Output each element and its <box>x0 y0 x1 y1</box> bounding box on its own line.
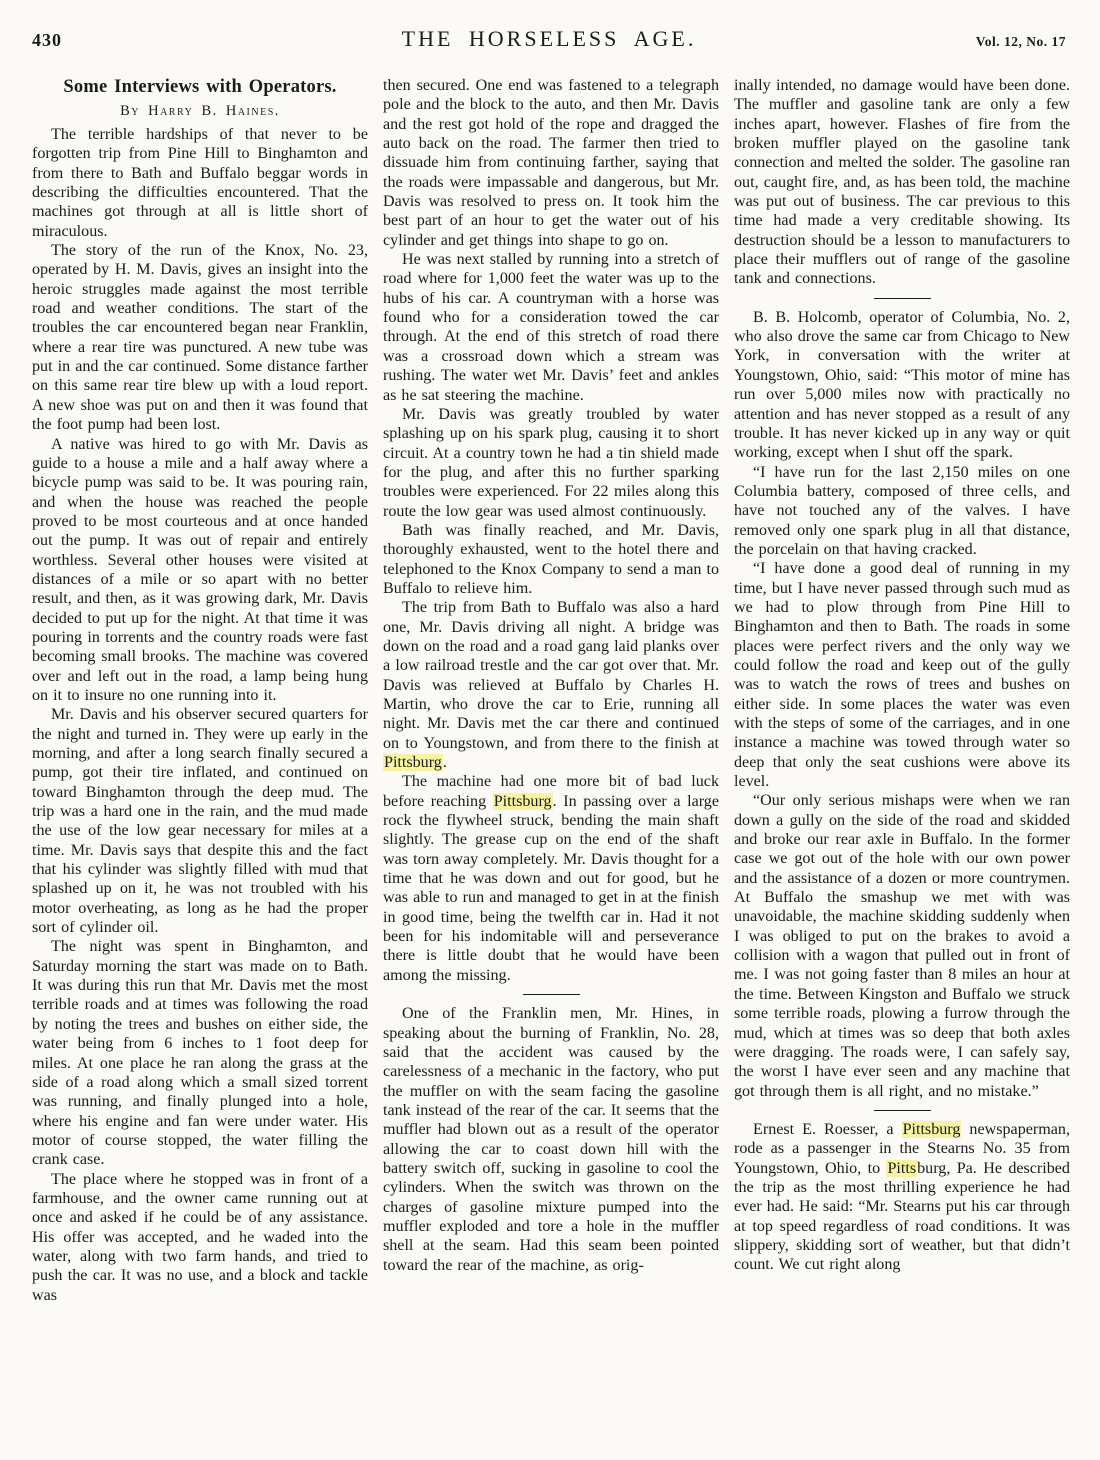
paragraph: The terrible hardships of that never to … <box>32 125 368 241</box>
scanned-magazine-page: 430 THE HORSELESS AGE. Vol. 12, No. 17 S… <box>0 0 1100 1460</box>
search-highlight: Pittsburg <box>383 754 443 771</box>
paragraph: “I have done a good deal of running in m… <box>734 559 1070 791</box>
paragraph: “I have run for the last 2,150 miles on … <box>734 463 1070 560</box>
paragraph: The trip from Bath to Buffalo was also a… <box>383 598 719 772</box>
text-column-3: inally intended, no damage would have be… <box>734 76 1070 1460</box>
masthead: 430 THE HORSELESS AGE. Vol. 12, No. 17 <box>0 0 1100 52</box>
paragraph: then secured. One end was fastened to a … <box>383 76 719 250</box>
paragraph: B. B. Holcomb, operator of Columbia, No.… <box>734 308 1070 463</box>
paragraph: He was next stalled by running into a st… <box>383 250 719 405</box>
columns: Some Interviews with Operators.By Harry … <box>0 52 1100 1460</box>
article-byline: By Harry B. Haines. <box>32 102 368 121</box>
paragraph: The machine had one more bit of bad luck… <box>383 772 719 985</box>
paragraph: One of the Franklin men, Mr. Hines, in s… <box>383 1004 719 1275</box>
issue-label: Vol. 12, No. 17 <box>936 34 1066 50</box>
paragraph: Bath was finally reached, and Mr. Davis,… <box>383 521 719 598</box>
text-column-2: then secured. One end was fastened to a … <box>383 76 719 1460</box>
journal-title: THE HORSELESS AGE. <box>162 26 936 52</box>
page-number: 430 <box>32 30 162 51</box>
section-divider <box>874 298 931 299</box>
text-column-1: Some Interviews with Operators.By Harry … <box>32 76 368 1460</box>
paragraph: The place where he stopped was in front … <box>32 1170 368 1305</box>
paragraph: Ernest E. Roesser, a Pittsburg newspaper… <box>734 1120 1070 1275</box>
paragraph: Mr. Davis and his observer secured quart… <box>32 705 368 937</box>
paragraph: A native was hired to go with Mr. Davis … <box>32 435 368 706</box>
search-highlight: Pittsburg <box>902 1121 962 1138</box>
paragraph: inally intended, no damage would have be… <box>734 76 1070 289</box>
search-highlight: Pittsburg <box>493 793 553 810</box>
section-divider <box>874 1110 931 1111</box>
paragraph: Mr. Davis was greatly troubled by water … <box>383 405 719 521</box>
search-highlight: Pitts <box>886 1160 917 1177</box>
paragraph: The night was spent in Binghamton, and S… <box>32 937 368 1169</box>
paragraph: “Our only serious mishaps were when we r… <box>734 791 1070 1101</box>
section-divider <box>523 994 580 995</box>
paragraph: The story of the run of the Knox, No. 23… <box>32 241 368 434</box>
article-title: Some Interviews with Operators. <box>32 76 368 99</box>
